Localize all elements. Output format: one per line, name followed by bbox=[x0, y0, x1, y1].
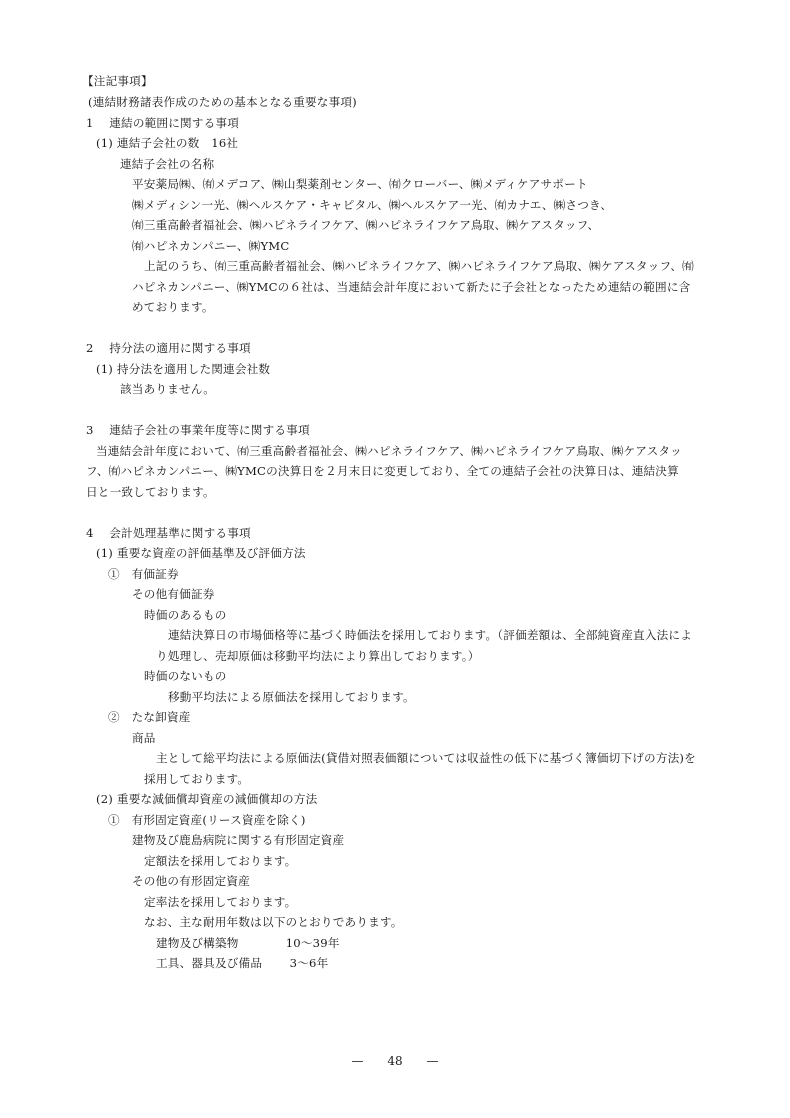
text-line: (連結財務諸表作成のための基本となる重要な事項) bbox=[88, 95, 357, 109]
text-line: 建物及び鹿島病院に関する有形固定資産 bbox=[132, 833, 344, 847]
text-line: 時価のないもの bbox=[144, 669, 227, 683]
text-line: ハピネカンパニー、㈱YMCの６社は、当連結会計年度において新たに子会社となったた… bbox=[132, 280, 690, 294]
text-line: 当連結会計年度において、㈲三重高齢者福祉会、㈱ハピネライフケア、㈱ハピネライフケ… bbox=[96, 444, 682, 458]
text-line: 定額法を採用しております。 bbox=[144, 854, 296, 868]
text-line: (2) 重要な減価償却資産の減価償却の方法 bbox=[96, 792, 317, 806]
text-line: フ、㈲ハピネカンパニー、㈱YMCの決算日を２月末日に変更しており、全ての連結子会… bbox=[86, 464, 679, 478]
text-line: 3 連結子会社の事業年度等に関する事項 bbox=[86, 423, 310, 437]
text-line: ① 有価証券 bbox=[108, 567, 179, 581]
text-line: 移動平均法による原価法を採用しております。 bbox=[168, 690, 415, 704]
text-line: 定率法を採用しております。 bbox=[144, 895, 296, 909]
text-line: 4 会計処理基準に関する事項 bbox=[86, 526, 251, 540]
text-line: その他の有形固定資産 bbox=[132, 874, 250, 888]
text-line: その他有価証券 bbox=[132, 587, 215, 601]
text-line: 平安薬局㈱、㈲メデコア、㈱山梨薬剤センター、㈲クローバー、㈱メディケアサポート bbox=[132, 177, 588, 191]
text-line: 工具、器具及び備品 3～6年 bbox=[156, 956, 328, 970]
text-line: (1) 持分法を適用した関連会社数 bbox=[96, 362, 270, 376]
footer-dash-right: — bbox=[426, 1054, 438, 1068]
text-line: 連結決算日の市場価格等に基づく時価法を採用しております。（評価差額は、全部純資産… bbox=[168, 628, 692, 642]
text-line: ㈲三重高齢者福祉会、㈱ハピネライフケア、㈱ハピネライフケア鳥取、㈱ケアスタッフ、 bbox=[132, 218, 599, 232]
document-page: 【注記事項】(連結財務諸表作成のための基本となる重要な事項)1 連結の範囲に関す… bbox=[0, 0, 790, 1118]
text-line: 主として総平均法による原価法(貸借対照表価額については収益性の低下に基づく簿価切… bbox=[156, 751, 696, 765]
text-line: 【注記事項】 bbox=[82, 74, 153, 88]
text-line: 該当ありません。 bbox=[120, 382, 215, 396]
text-line: (1) 連結子会社の数 16社 bbox=[96, 136, 238, 150]
text-line: めております。 bbox=[132, 300, 214, 314]
text-line: ① 有形固定資産(リース資産を除く) bbox=[108, 813, 306, 827]
text-line: 採用しております。 bbox=[144, 772, 249, 786]
text-line: 連結子会社の名称 bbox=[120, 157, 214, 171]
page-number: 48 bbox=[387, 1054, 402, 1068]
page-footer: — 48 — bbox=[0, 1054, 790, 1068]
text-line: り処理し、売却原価は移動平均法により算出しております。） bbox=[156, 649, 480, 663]
footer-dash-left: — bbox=[352, 1054, 364, 1068]
text-line: 建物及び構築物 10～39年 bbox=[156, 936, 340, 950]
text-line: ② たな卸資産 bbox=[108, 710, 191, 724]
text-line: 時価のあるもの bbox=[144, 608, 227, 622]
text-line: 2 持分法の適用に関する事項 bbox=[86, 341, 251, 355]
text-line: なお、主な耐用年数は以下のとおりであります。 bbox=[144, 915, 403, 929]
text-line: (1) 重要な資産の評価基準及び評価方法 bbox=[96, 546, 306, 560]
text-line: 1 連結の範囲に関する事項 bbox=[86, 116, 239, 130]
text-line: ㈱メディシン一光、㈱ヘルスケア・キャピタル、㈱ヘルスケア一光、㈲カナエ、㈱さつき… bbox=[132, 198, 612, 212]
text-line: 商品 bbox=[132, 731, 156, 745]
text-line: 日と一致しております。 bbox=[86, 485, 215, 499]
text-line: 上記のうち、㈲三重高齢者福祉会、㈱ハピネライフケア、㈱ハピネライフケア鳥取、㈱ケ… bbox=[144, 259, 694, 273]
text-line: ㈲ハピネカンパニー、㈱YMC bbox=[132, 239, 289, 253]
